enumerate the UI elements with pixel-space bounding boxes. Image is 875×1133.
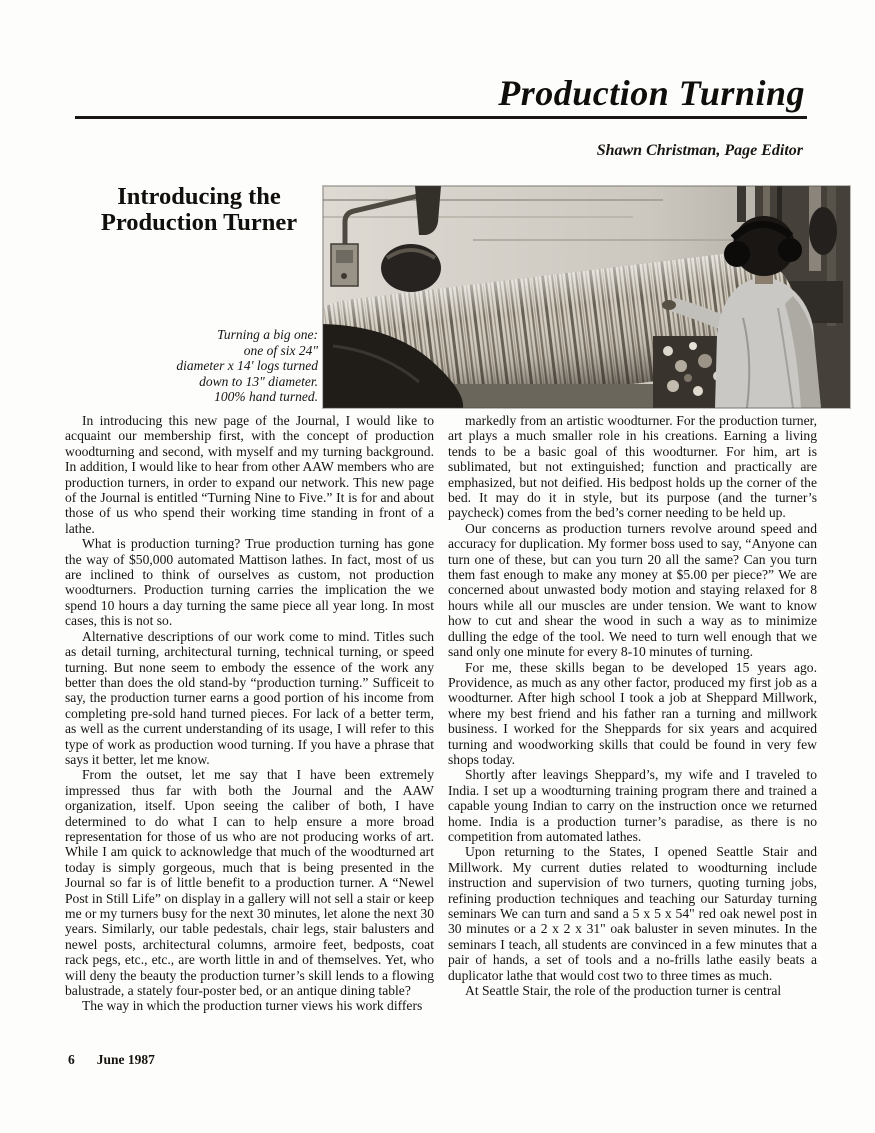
- issue-date: June 1987: [97, 1052, 155, 1067]
- article-title-line2: Production Turner: [101, 209, 297, 236]
- paragraph: For me, these skills began to be develop…: [448, 660, 817, 768]
- page-number: 6: [68, 1052, 75, 1067]
- paragraph: At Seattle Stair, the role of the produc…: [448, 983, 817, 998]
- paragraph: Alternative descriptions of our work com…: [65, 629, 434, 768]
- caption-line: down to 13" diameter.: [78, 374, 318, 390]
- lathe-photo-illustration: [323, 186, 850, 408]
- article-photo: [323, 186, 850, 408]
- paragraph: Our concerns as production turners revol…: [448, 521, 817, 660]
- page-editor-byline: Shawn Christman, Page Editor: [597, 142, 803, 160]
- paragraph: What is production turning? True product…: [65, 536, 434, 628]
- article-title-line1: Introducing the: [117, 183, 281, 210]
- photo-caption: Turning a big one: one of six 24" diamet…: [78, 327, 318, 405]
- body-column-left: In introducing this new page of the Jour…: [65, 413, 434, 1014]
- caption-line: 100% hand turned.: [78, 389, 318, 405]
- article-title: Introducing the Production Turner: [78, 184, 320, 235]
- paragraph: In introducing this new page of the Jour…: [65, 413, 434, 536]
- paragraph: Shortly after leavings Sheppard’s, my wi…: [448, 767, 817, 844]
- caption-line: diameter x 14' logs turned: [78, 358, 318, 374]
- caption-line: Turning a big one:: [78, 327, 318, 343]
- paragraph: markedly from an artistic woodturner. Fo…: [448, 413, 817, 521]
- paragraph: From the outset, let me say that I have …: [65, 767, 434, 998]
- paragraph: Upon returning to the States, I opened S…: [448, 844, 817, 983]
- section-title: Production Turning: [498, 72, 805, 114]
- page-footer: 6June 1987: [68, 1052, 155, 1068]
- caption-line: one of six 24": [78, 343, 318, 359]
- magazine-page: Production Turning Shawn Christman, Page…: [0, 0, 875, 1133]
- header-rule: [75, 116, 807, 119]
- body-column-right: markedly from an artistic woodturner. Fo…: [448, 413, 817, 998]
- paragraph: The way in which the production turner v…: [65, 998, 434, 1013]
